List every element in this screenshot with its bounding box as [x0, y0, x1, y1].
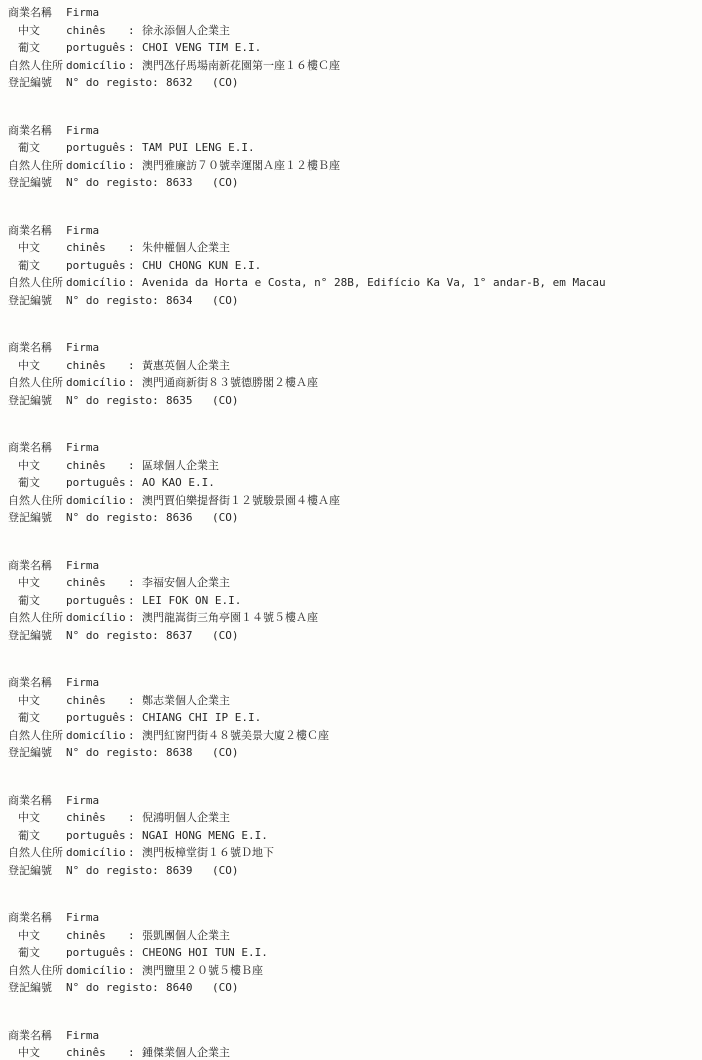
domicile-line: 自然人住所 domicílio : 澳門雅廉訪７０號幸運閣Ａ座１２樓Ｂ座 — [8, 157, 696, 175]
chinese-name-line: 中文 chinês : 區球個人企業主 — [8, 457, 696, 475]
firma-label-pt: Firma — [66, 1027, 128, 1045]
firma-label-pt: Firma — [66, 122, 128, 140]
colon-separator: : — [128, 139, 142, 157]
firma-label-zh: 商業名稱 — [8, 557, 66, 575]
portuguese-name-value: CHOI VENG TIM E.I. — [142, 39, 696, 57]
portuguese-name-value: TAM PUI LENG E.I. — [142, 139, 696, 157]
registo-suffix: (CO) — [212, 979, 239, 997]
portuguese-label-pt: português — [66, 139, 128, 157]
portuguese-name-line: 葡文 português : AO KAO E.I. — [8, 474, 696, 492]
chinese-name-value: 張凱團個人企業主 — [142, 927, 696, 945]
registo-label-pt: N° do registo: — [66, 292, 164, 310]
domicile-value: 澳門雅廉訪７０號幸運閣Ａ座１２樓Ｂ座 — [142, 157, 696, 175]
colon-separator: : — [128, 692, 142, 710]
chinese-label-pt: chinês — [66, 357, 128, 375]
colon-separator: : — [128, 809, 142, 827]
registo-line: 登記編號 N° do registo: 8634 (CO) — [8, 292, 696, 310]
chinese-label-zh: 中文 — [8, 927, 66, 945]
domicile-label-pt: domicílio — [66, 962, 128, 980]
registo-label-zh: 登記編號 — [8, 744, 66, 762]
chinese-label-zh: 中文 — [8, 574, 66, 592]
colon-separator: : — [128, 944, 142, 962]
registo-suffix: (CO) — [212, 627, 239, 645]
portuguese-name-value: AO KAO E.I. — [142, 474, 696, 492]
firma-label-pt: Firma — [66, 4, 128, 22]
registo-label-pt: N° do registo: — [66, 627, 164, 645]
domicile-label-pt: domicílio — [66, 844, 128, 862]
firma-line: 商業名稱 Firma — [8, 4, 696, 22]
registo-line: 登記編號 N° do registo: 8637 (CO) — [8, 627, 696, 645]
firma-line: 商業名稱 Firma — [8, 222, 696, 240]
chinese-label-pt: chinês — [66, 239, 128, 257]
firma-line: 商業名稱 Firma — [8, 792, 696, 810]
chinese-label-pt: chinês — [66, 1044, 128, 1060]
domicile-value: 澳門紅窗門街４８號美景大廈２樓Ｃ座 — [142, 727, 696, 745]
portuguese-label-zh: 葡文 — [8, 709, 66, 727]
colon-separator: : — [128, 157, 142, 175]
registo-number-value: 8638 — [164, 744, 212, 762]
domicile-value: 澳門氹仔馬場南新花園第一座１６樓Ｃ座 — [142, 57, 696, 75]
chinese-label-zh: 中文 — [8, 457, 66, 475]
record-block: 商業名稱 Firma 中文 chinês : 鍾傑業個人企業主 — [8, 1027, 696, 1060]
record-block: 商業名稱 Firma 中文 chinês : 朱仲權個人企業主 葡文 portu… — [8, 222, 696, 310]
colon-separator: : — [128, 574, 142, 592]
domicile-label-zh: 自然人住所 — [8, 57, 66, 75]
colon-separator: : — [128, 274, 142, 292]
firma-line: 商業名稱 Firma — [8, 339, 696, 357]
domicile-label-pt: domicílio — [66, 492, 128, 510]
portuguese-name-value: CHU CHONG KUN E.I. — [142, 257, 696, 275]
firma-label-zh: 商業名稱 — [8, 674, 66, 692]
domicile-line: 自然人住所 domicílio : Avenida da Horta e Cos… — [8, 274, 696, 292]
firma-label-zh: 商業名稱 — [8, 439, 66, 457]
registo-suffix: (CO) — [212, 862, 239, 880]
portuguese-label-pt: português — [66, 257, 128, 275]
domicile-label-pt: domicílio — [66, 727, 128, 745]
registo-line: 登記編號 N° do registo: 8639 (CO) — [8, 862, 696, 880]
chinese-name-line: 中文 chinês : 鍾傑業個人企業主 — [8, 1044, 696, 1060]
chinese-name-value: 鍾傑業個人企業主 — [142, 1044, 696, 1060]
record-block: 商業名稱 Firma 中文 chinês : 徐永添個人企業主 葡文 portu… — [8, 4, 696, 92]
registo-label-pt: N° do registo: — [66, 509, 164, 527]
portuguese-name-value: LEI FOK ON E.I. — [142, 592, 696, 610]
portuguese-name-line: 葡文 português : CHEONG HOI TUN E.I. — [8, 944, 696, 962]
registo-number-value: 8634 — [164, 292, 212, 310]
firma-label-zh: 商業名稱 — [8, 122, 66, 140]
colon-separator: : — [128, 474, 142, 492]
registo-line: 登記編號 N° do registo: 8636 (CO) — [8, 509, 696, 527]
registo-number-value: 8635 — [164, 392, 212, 410]
chinese-label-pt: chinês — [66, 692, 128, 710]
chinese-label-pt: chinês — [66, 457, 128, 475]
chinese-name-value: 李福安個人企業主 — [142, 574, 696, 592]
registo-line: 登記編號 N° do registo: 8640 (CO) — [8, 979, 696, 997]
firma-label-pt: Firma — [66, 909, 128, 927]
chinese-label-zh: 中文 — [8, 809, 66, 827]
registo-label-zh: 登記編號 — [8, 509, 66, 527]
chinese-name-value: 朱仲權個人企業主 — [142, 239, 696, 257]
chinese-name-value: 倪鴻明個人企業主 — [142, 809, 696, 827]
registo-line: 登記編號 N° do registo: 8638 (CO) — [8, 744, 696, 762]
colon-separator: : — [128, 39, 142, 57]
record-block: 商業名稱 Firma 中文 chinês : 倪鴻明個人企業主 葡文 portu… — [8, 792, 696, 880]
colon-separator: : — [128, 609, 142, 627]
registo-line: 登記編號 N° do registo: 8635 (CO) — [8, 392, 696, 410]
registo-number-value: 8633 — [164, 174, 212, 192]
chinese-label-zh: 中文 — [8, 692, 66, 710]
chinese-name-line: 中文 chinês : 張凱團個人企業主 — [8, 927, 696, 945]
registo-suffix: (CO) — [212, 174, 239, 192]
domicile-value: 澳門龍嵩街三角亭園１４號５樓Ａ座 — [142, 609, 696, 627]
portuguese-label-zh: 葡文 — [8, 474, 66, 492]
registo-label-zh: 登記編號 — [8, 174, 66, 192]
domicile-label-zh: 自然人住所 — [8, 492, 66, 510]
registo-suffix: (CO) — [212, 509, 239, 527]
colon-separator: : — [128, 827, 142, 845]
portuguese-label-pt: português — [66, 944, 128, 962]
domicile-value: 澳門板樟堂街１６號Ｄ地下 — [142, 844, 696, 862]
registo-line: 登記編號 N° do registo: 8632 (CO) — [8, 74, 696, 92]
colon-separator: : — [128, 22, 142, 40]
portuguese-name-line: 葡文 português : LEI FOK ON E.I. — [8, 592, 696, 610]
chinese-label-zh: 中文 — [8, 239, 66, 257]
colon-separator: : — [128, 57, 142, 75]
portuguese-name-line: 葡文 português : TAM PUI LENG E.I. — [8, 139, 696, 157]
registo-suffix: (CO) — [212, 292, 239, 310]
firma-label-zh: 商業名稱 — [8, 909, 66, 927]
chinese-label-zh: 中文 — [8, 1044, 66, 1060]
colon-separator: : — [128, 374, 142, 392]
firma-label-zh: 商業名稱 — [8, 792, 66, 810]
colon-separator: : — [128, 457, 142, 475]
domicile-label-pt: domicílio — [66, 374, 128, 392]
domicile-label-zh: 自然人住所 — [8, 609, 66, 627]
domicile-label-zh: 自然人住所 — [8, 157, 66, 175]
registo-suffix: (CO) — [212, 744, 239, 762]
registo-label-zh: 登記編號 — [8, 627, 66, 645]
domicile-line: 自然人住所 domicílio : 澳門板樟堂街１６號Ｄ地下 — [8, 844, 696, 862]
firma-label-pt: Firma — [66, 222, 128, 240]
colon-separator: : — [128, 927, 142, 945]
portuguese-name-line: 葡文 português : CHU CHONG KUN E.I. — [8, 257, 696, 275]
colon-separator: : — [128, 592, 142, 610]
chinese-label-zh: 中文 — [8, 22, 66, 40]
colon-separator: : — [128, 844, 142, 862]
colon-separator: : — [128, 492, 142, 510]
domicile-line: 自然人住所 domicílio : 澳門通商新街８３號德勝閣２樓Ａ座 — [8, 374, 696, 392]
portuguese-label-zh: 葡文 — [8, 827, 66, 845]
chinese-label-pt: chinês — [66, 22, 128, 40]
registo-label-pt: N° do registo: — [66, 744, 164, 762]
record-block: 商業名稱 Firma 中文 chinês : 李福安個人企業主 葡文 portu… — [8, 557, 696, 645]
portuguese-name-value: CHIANG CHI IP E.I. — [142, 709, 696, 727]
chinese-name-line: 中文 chinês : 黃惠英個人企業主 — [8, 357, 696, 375]
registo-label-zh: 登記編號 — [8, 74, 66, 92]
firma-line: 商業名稱 Firma — [8, 1027, 696, 1045]
registo-line: 登記編號 N° do registo: 8633 (CO) — [8, 174, 696, 192]
registo-label-pt: N° do registo: — [66, 979, 164, 997]
record-block: 商業名稱 Firma 葡文 português : TAM PUI LENG E… — [8, 122, 696, 192]
registo-label-zh: 登記編號 — [8, 979, 66, 997]
domicile-label-zh: 自然人住所 — [8, 844, 66, 862]
portuguese-label-pt: português — [66, 474, 128, 492]
domicile-value: 澳門鹽里２０號５樓Ｂ座 — [142, 962, 696, 980]
firma-label-pt: Firma — [66, 792, 128, 810]
registo-label-zh: 登記編號 — [8, 862, 66, 880]
chinese-name-line: 中文 chinês : 倪鴻明個人企業主 — [8, 809, 696, 827]
registo-number-value: 8637 — [164, 627, 212, 645]
gazette-page: 商業名稱 Firma 中文 chinês : 徐永添個人企業主 葡文 portu… — [0, 0, 702, 1060]
domicile-line: 自然人住所 domicílio : 澳門鹽里２０號５樓Ｂ座 — [8, 962, 696, 980]
portuguese-label-zh: 葡文 — [8, 592, 66, 610]
domicile-value: Avenida da Horta e Costa, n° 28B, Edifíc… — [142, 274, 696, 292]
portuguese-name-line: 葡文 português : CHIANG CHI IP E.I. — [8, 709, 696, 727]
domicile-label-pt: domicílio — [66, 157, 128, 175]
registo-number-value: 8632 — [164, 74, 212, 92]
registo-number-value: 8639 — [164, 862, 212, 880]
firma-line: 商業名稱 Firma — [8, 122, 696, 140]
domicile-value: 澳門通商新街８３號德勝閣２樓Ａ座 — [142, 374, 696, 392]
registo-label-pt: N° do registo: — [66, 174, 164, 192]
colon-separator: : — [128, 357, 142, 375]
colon-separator: : — [128, 727, 142, 745]
portuguese-label-pt: português — [66, 39, 128, 57]
chinese-name-value: 徐永添個人企業主 — [142, 22, 696, 40]
record-block: 商業名稱 Firma 中文 chinês : 張凱團個人企業主 葡文 portu… — [8, 909, 696, 997]
chinese-name-value: 區球個人企業主 — [142, 457, 696, 475]
chinese-label-pt: chinês — [66, 927, 128, 945]
domicile-line: 自然人住所 domicílio : 澳門賈伯樂提督街１２號駿景園４樓Ａ座 — [8, 492, 696, 510]
firma-label-zh: 商業名稱 — [8, 1027, 66, 1045]
chinese-name-line: 中文 chinês : 朱仲權個人企業主 — [8, 239, 696, 257]
firma-line: 商業名稱 Firma — [8, 557, 696, 575]
firma-label-zh: 商業名稱 — [8, 339, 66, 357]
firma-line: 商業名稱 Firma — [8, 674, 696, 692]
colon-separator: : — [128, 257, 142, 275]
domicile-value: 澳門賈伯樂提督街１２號駿景園４樓Ａ座 — [142, 492, 696, 510]
registo-label-zh: 登記編號 — [8, 392, 66, 410]
registo-suffix: (CO) — [212, 392, 239, 410]
portuguese-name-line: 葡文 português : CHOI VENG TIM E.I. — [8, 39, 696, 57]
colon-separator: : — [128, 962, 142, 980]
portuguese-label-pt: português — [66, 827, 128, 845]
chinese-name-line: 中文 chinês : 徐永添個人企業主 — [8, 22, 696, 40]
portuguese-label-zh: 葡文 — [8, 139, 66, 157]
firma-label-pt: Firma — [66, 557, 128, 575]
record-block: 商業名稱 Firma 中文 chinês : 區球個人企業主 葡文 portug… — [8, 439, 696, 527]
registo-label-zh: 登記編號 — [8, 292, 66, 310]
colon-separator: : — [128, 709, 142, 727]
domicile-label-zh: 自然人住所 — [8, 962, 66, 980]
firma-line: 商業名稱 Firma — [8, 909, 696, 927]
domicile-label-pt: domicílio — [66, 57, 128, 75]
chinese-name-line: 中文 chinês : 李福安個人企業主 — [8, 574, 696, 592]
chinese-name-line: 中文 chinês : 鄭志業個人企業主 — [8, 692, 696, 710]
domicile-label-pt: domicílio — [66, 274, 128, 292]
domicile-label-zh: 自然人住所 — [8, 374, 66, 392]
domicile-line: 自然人住所 domicílio : 澳門氹仔馬場南新花園第一座１６樓Ｃ座 — [8, 57, 696, 75]
registo-number-value: 8640 — [164, 979, 212, 997]
record-block: 商業名稱 Firma 中文 chinês : 鄭志業個人企業主 葡文 portu… — [8, 674, 696, 762]
portuguese-label-zh: 葡文 — [8, 257, 66, 275]
firma-label-zh: 商業名稱 — [8, 222, 66, 240]
colon-separator: : — [128, 1044, 142, 1060]
domicile-label-zh: 自然人住所 — [8, 727, 66, 745]
registo-label-pt: N° do registo: — [66, 74, 164, 92]
registo-number-value: 8636 — [164, 509, 212, 527]
portuguese-label-zh: 葡文 — [8, 39, 66, 57]
portuguese-label-zh: 葡文 — [8, 944, 66, 962]
portuguese-name-value: CHEONG HOI TUN E.I. — [142, 944, 696, 962]
registo-label-pt: N° do registo: — [66, 392, 164, 410]
domicile-line: 自然人住所 domicílio : 澳門紅窗門街４８號美景大廈２樓Ｃ座 — [8, 727, 696, 745]
domicile-line: 自然人住所 domicílio : 澳門龍嵩街三角亭園１４號５樓Ａ座 — [8, 609, 696, 627]
portuguese-label-pt: português — [66, 709, 128, 727]
chinese-name-value: 黃惠英個人企業主 — [142, 357, 696, 375]
colon-separator: : — [128, 239, 142, 257]
chinese-name-value: 鄭志業個人企業主 — [142, 692, 696, 710]
firma-label-pt: Firma — [66, 439, 128, 457]
registo-suffix: (CO) — [212, 74, 239, 92]
record-block: 商業名稱 Firma 中文 chinês : 黃惠英個人企業主 自然人住所 do… — [8, 339, 696, 409]
chinese-label-pt: chinês — [66, 574, 128, 592]
chinese-label-pt: chinês — [66, 809, 128, 827]
portuguese-name-line: 葡文 português : NGAI HONG MENG E.I. — [8, 827, 696, 845]
portuguese-name-value: NGAI HONG MENG E.I. — [142, 827, 696, 845]
firma-label-pt: Firma — [66, 674, 128, 692]
firma-label-pt: Firma — [66, 339, 128, 357]
domicile-label-zh: 自然人住所 — [8, 274, 66, 292]
registo-label-pt: N° do registo: — [66, 862, 164, 880]
portuguese-label-pt: português — [66, 592, 128, 610]
domicile-label-pt: domicílio — [66, 609, 128, 627]
firma-label-zh: 商業名稱 — [8, 4, 66, 22]
firma-line: 商業名稱 Firma — [8, 439, 696, 457]
chinese-label-zh: 中文 — [8, 357, 66, 375]
